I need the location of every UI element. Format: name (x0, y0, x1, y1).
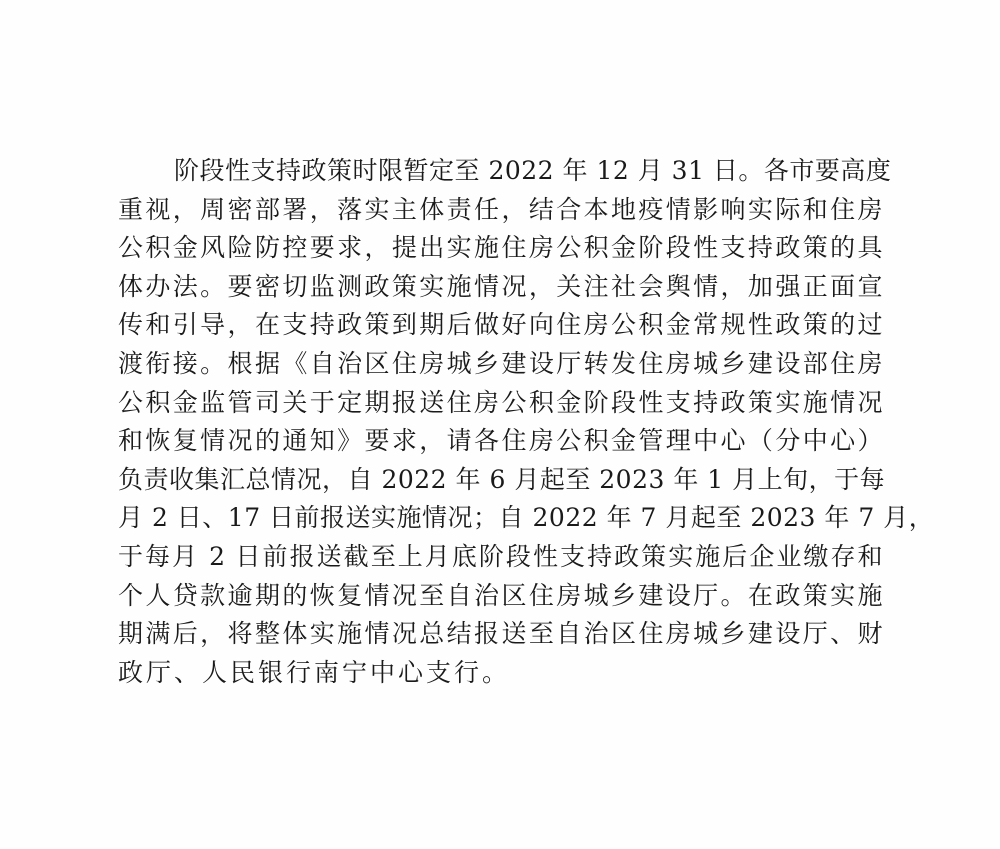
text-line: 阶段性支持政策时限暂定至 2022 年 12 月 31 日。各市要高度 (118, 152, 883, 191)
text-line: 个人贷款逾期的恢复情况至自治区住房城乡建设厅。在政策实施 (118, 577, 883, 616)
text-line: 渡衔接。根据《自治区住房城乡建设厅转发住房城乡建设部住房 (118, 345, 883, 384)
text-line: 公积金监管司关于定期报送住房公积金阶段性支持政策实施情况 (118, 384, 883, 423)
text-line: 重视，周密部署，落实主体责任，结合本地疫情影响实际和住房 (118, 191, 883, 230)
text-line: 公积金风险防控要求，提出实施住房公积金阶段性支持政策的具 (118, 229, 883, 268)
text-line: 和恢复情况的通知》要求，请各住房公积金管理中心（分中心） (118, 422, 883, 461)
text-line: 月 2 日、17 日前报送实施情况；自 2022 年 7 月起至 2023 年 … (118, 499, 883, 538)
text-line: 传和引导，在支持政策到期后做好向住房公积金常规性政策的过 (118, 306, 883, 345)
document-page: 阶段性支持政策时限暂定至 2022 年 12 月 31 日。各市要高度 重视，周… (0, 0, 1000, 849)
text-line: 体办法。要密切监测政策实施情况，关注社会舆情，加强正面宣 (118, 268, 883, 307)
body-paragraph: 阶段性支持政策时限暂定至 2022 年 12 月 31 日。各市要高度 重视，周… (118, 152, 883, 692)
text-line: 期满后，将整体实施情况总结报送至自治区住房城乡建设厅、财 (118, 615, 883, 654)
text-line: 负责收集汇总情况，自 2022 年 6 月起至 2023 年 1 月上旬，于每 (118, 461, 883, 500)
text-line: 政厅、人民银行南宁中心支行。 (118, 654, 883, 693)
text-line: 于每月 2 日前报送截至上月底阶段性支持政策实施后企业缴存和 (118, 538, 883, 577)
